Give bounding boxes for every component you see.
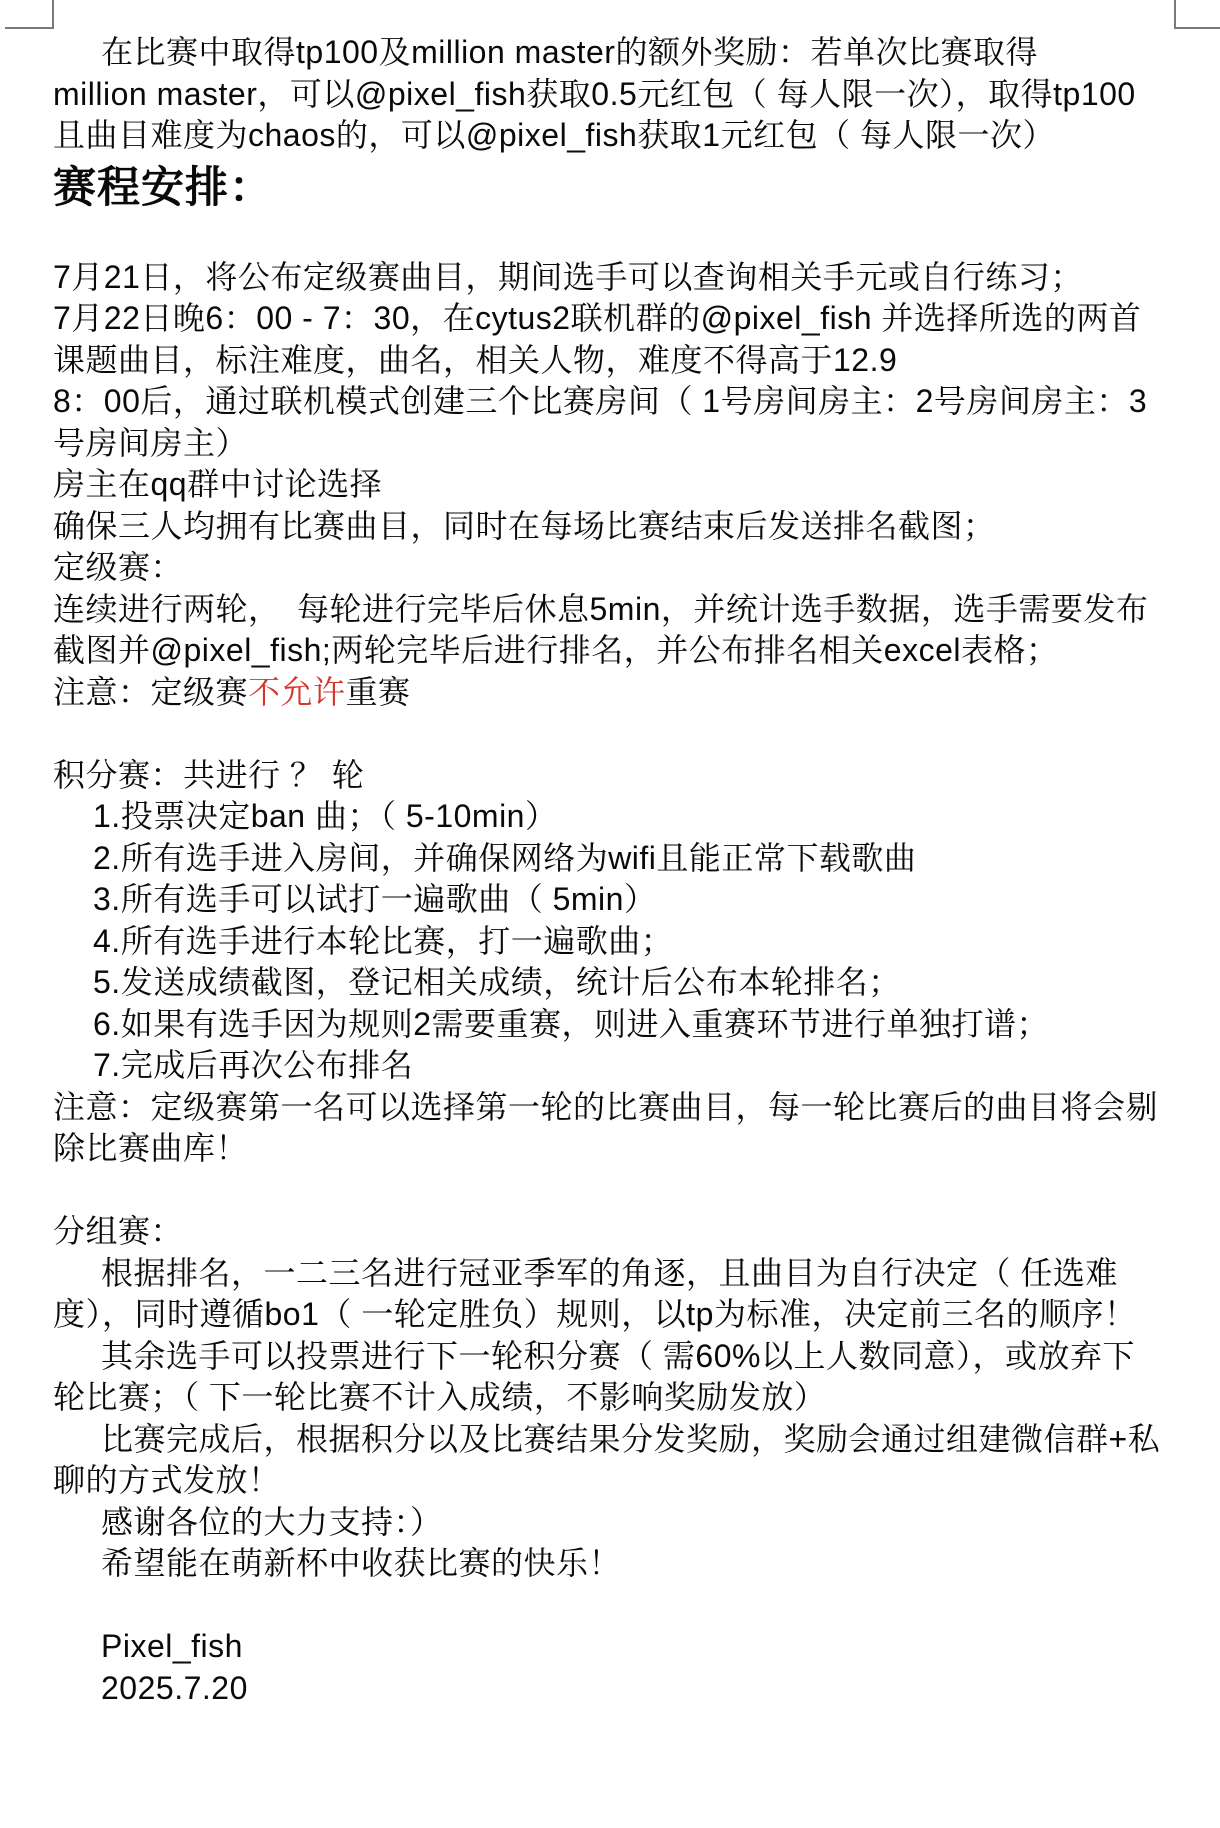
group-race-line: 聊的方式发放！	[53, 1460, 1193, 1502]
schedule-line: 8：00后，通过联机模式创建三个比赛房间（ 1号房间房主：2号房间房主：3	[53, 381, 1193, 423]
blank-line	[53, 1170, 1193, 1212]
group-race-line: 轮比赛；（ 下一轮比赛不计入成绩，不影响奖励发放）	[53, 1377, 1193, 1419]
group-race-line: 度），同时遵循bo1（ 一轮定胜负）规则，以tp为标准，决定前三名的顺序！	[53, 1294, 1193, 1336]
schedule-line: 号房间房主）	[53, 423, 1193, 465]
note-text: 注意：定级赛	[53, 674, 248, 710]
points-rule-item: 7.完成后再次公布排名	[53, 1045, 1193, 1087]
schedule-line: 房主在qq群中讨论选择	[53, 464, 1193, 506]
schedule-line-grading-header: 定级赛：	[53, 547, 1193, 589]
crop-mark-top-right-horizontal	[1174, 27, 1220, 29]
document-body: 在比赛中取得tp100及million master的额外奖励：若单次比赛取得 …	[53, 32, 1193, 1709]
signature-date: 2025.7.20	[53, 1668, 1193, 1710]
signature: Pixel_fish	[53, 1626, 1193, 1668]
schedule-line: 课题曲目，标注难度，曲名，相关人物，难度不得高于12.9	[53, 340, 1193, 382]
group-race-line: 比赛完成后，根据积分以及比赛结果分发奖励，奖励会通过组建微信群+私	[53, 1419, 1193, 1461]
note-text-highlight: 不允许	[248, 674, 346, 710]
group-race-line: 根据排名，一二三名进行冠亚季军的角逐，且曲目为自行决定（ 任选难	[53, 1253, 1193, 1295]
schedule-line: 7月22日晚6：00 - 7：30，在cytus2联机群的@pixel_fish…	[53, 298, 1193, 340]
intro-line: million master，可以@pixel_fish获取0.5元红包（ 每人…	[53, 74, 1193, 116]
group-race-line: 其余选手可以投票进行下一轮积分赛（ 需60%以上人数同意），或放弃下	[53, 1336, 1193, 1378]
note-text: 重赛	[346, 674, 411, 710]
points-race-header: 积分赛：共进行 ？ 轮	[53, 755, 1193, 797]
intro-line: 在比赛中取得tp100及million master的额外奖励：若单次比赛取得	[53, 32, 1193, 74]
points-rule-item: 1.投票决定ban 曲；（ 5-10min）	[53, 796, 1193, 838]
blank-line	[53, 1585, 1193, 1627]
crop-mark-top-left-vertical	[52, 0, 54, 27]
schedule-line: 确保三人均拥有比赛曲目，同时在每场比赛结束后发送排名截图；	[53, 506, 1193, 548]
group-race-header: 分组赛：	[53, 1211, 1193, 1253]
points-rule-item: 2.所有选手进入房间，并确保网络为wifi且能正常下载歌曲	[53, 838, 1193, 880]
grading-note-line: 注意：定级赛不允许重赛	[53, 672, 1193, 714]
points-rule-item: 6.如果有选手因为规则2需要重赛，则进入重赛环节进行单独打谱；	[53, 1004, 1193, 1046]
schedule-heading: 赛程安排：	[53, 159, 1193, 217]
thanks-line: 感谢各位的大力支持：）	[53, 1502, 1193, 1544]
crop-mark-top-right-vertical	[1174, 0, 1176, 27]
blank-line	[53, 713, 1193, 755]
wish-line: 希望能在萌新杯中收获比赛的快乐！	[53, 1543, 1193, 1585]
intro-line: 且曲目难度为chaos的，可以@pixel_fish获取1元红包（ 每人限一次）	[53, 115, 1193, 157]
points-note-line: 除比赛曲库！	[53, 1128, 1193, 1170]
crop-mark-top-left-horizontal	[5, 27, 54, 29]
points-note-line: 注意：定级赛第一名可以选择第一轮的比赛曲目，每一轮比赛后的曲目将会剔	[53, 1087, 1193, 1129]
schedule-line: 截图并@pixel_fish;两轮完毕后进行排名，并公布排名相关excel表格；	[53, 630, 1193, 672]
document-page: 在比赛中取得tp100及million master的额外奖励：若单次比赛取得 …	[0, 0, 1220, 1828]
points-rule-item: 5.发送成绩截图，登记相关成绩，统计后公布本轮排名；	[53, 962, 1193, 1004]
schedule-line: 7月21日，将公布定级赛曲目，期间选手可以查询相关手元或自行练习；	[53, 257, 1193, 299]
points-rule-item: 3.所有选手可以试打一遍歌曲（ 5min）	[53, 879, 1193, 921]
points-rule-item: 4.所有选手进行本轮比赛，打一遍歌曲；	[53, 921, 1193, 963]
schedule-line: 连续进行两轮， 每轮进行完毕后休息5min，并统计选手数据，选手需要发布	[53, 589, 1193, 631]
